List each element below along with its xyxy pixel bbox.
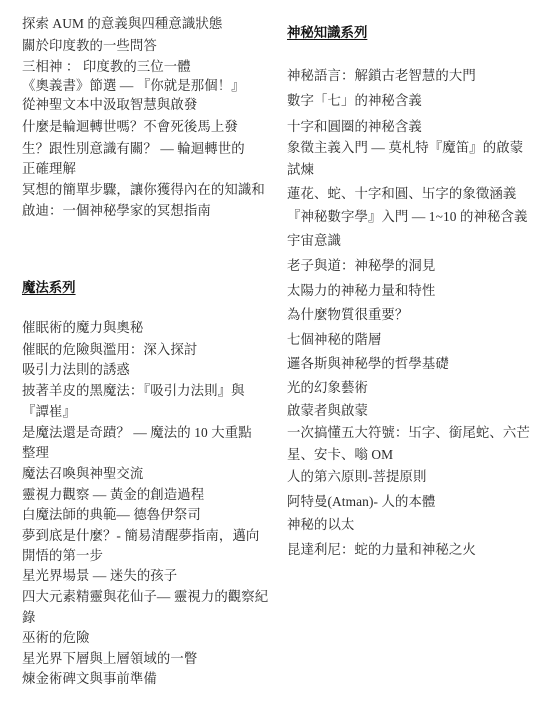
article-link[interactable]: 魔法召喚與神聖交流 [22, 466, 143, 482]
article-link[interactable]: 正確理解 [22, 161, 76, 177]
article-link[interactable]: 是魔法還是奇蹟？ — 魔法的 10 大重點 [22, 425, 252, 441]
article-link[interactable]: 從神聖文本中汲取智慧與啟發 [22, 97, 197, 113]
section-title-mystic-knowledge: 神秘知識系列 [287, 25, 367, 41]
article-link[interactable]: 生？跟性別意識有關？ — 輪迴轉世的 [22, 141, 245, 157]
article-link[interactable]: 神秘的以太 [287, 517, 354, 533]
article-link[interactable]: 吸引力法則的誘惑 [22, 362, 130, 378]
article-link[interactable]: 煉金術碑文與事前準備 [22, 671, 157, 687]
article-link[interactable]: 巫術的危險 [22, 630, 89, 646]
article-link[interactable]: 神秘語言：解鎖古老智慧的大門 [287, 68, 476, 84]
article-link[interactable]: 開悟的第一步 [22, 548, 103, 564]
article-link[interactable]: 邏各斯與神秘學的哲學基礎 [287, 356, 449, 372]
article-link[interactable]: 催眠的危險與濫用：深入探討 [22, 342, 197, 358]
article-link[interactable]: 蓮花、蛇、十字和圓、卐字的象徵涵義 [287, 186, 516, 202]
article-link[interactable]: 披著羊皮的黑魔法：『吸引力法則』與 [22, 383, 245, 399]
article-link[interactable]: 整理 [22, 445, 49, 461]
article-link[interactable]: 啟迪：一個神秘學家的冥想指南 [22, 203, 211, 219]
article-link[interactable]: 昆達利尼：蛇的力量和神秘之火 [287, 542, 476, 558]
article-link[interactable]: 靈視力觀察 — 黃金的創造過程 [22, 487, 204, 503]
article-link[interactable]: 光的幻象藝術 [287, 380, 368, 396]
article-link[interactable]: 冥想的簡單步驟，讓你獲得內在的知識和 [22, 182, 265, 198]
article-link[interactable]: 《奧義書》節選 — 『你就是那個！』 [22, 78, 245, 94]
article-link[interactable]: 老子與道：神秘學的洞見 [287, 258, 435, 274]
article-link[interactable]: 星光界下層與上層領域的一瞥 [22, 651, 197, 667]
article-link[interactable]: 試煉 [287, 162, 314, 178]
article-link[interactable]: 星、安卡、嗡 OM [287, 447, 393, 463]
article-link[interactable]: 四大元素精靈與花仙子— 靈視力的觀察紀 [22, 589, 268, 605]
article-link[interactable]: 象徵主義入門 — 莫札特『魔笛』的啟蒙 [287, 140, 523, 156]
article-link[interactable]: 太陽力的神秘力量和特性 [287, 283, 435, 299]
article-link[interactable]: 夢到底是什麼？- 簡易清醒夢指南，邁向 [22, 528, 259, 544]
article-link[interactable]: 人的第六原則-菩提原則 [287, 469, 426, 485]
article-link[interactable]: 『譚崔』 [22, 404, 76, 420]
article-link[interactable]: 七個神秘的階層 [287, 332, 381, 348]
article-link[interactable]: 一次搞懂五大符號：卐字、銜尾蛇、六芒 [287, 425, 530, 441]
section-title-magic: 魔法系列 [22, 280, 76, 296]
article-link[interactable]: 阿特曼(Atman)- 人的本體 [287, 494, 436, 510]
article-link[interactable]: 星光界場景 — 迷失的孩子 [22, 568, 177, 584]
article-link[interactable]: 啟蒙者與啟蒙 [287, 403, 368, 419]
article-link[interactable]: 十字和圓圈的神秘含義 [287, 119, 422, 135]
article-link[interactable]: 宇宙意識 [287, 233, 341, 249]
article-link[interactable]: 關於印度教的一些問答 [22, 38, 157, 54]
article-link[interactable]: 數字「七」的神秘含義 [287, 93, 422, 109]
article-link[interactable]: 探索 AUM 的意義與四種意識狀態 [22, 16, 222, 32]
article-link[interactable]: 『神秘數字學』入門 — 1~10 的神秘含義 [287, 209, 527, 225]
article-link[interactable]: 白魔法師的典範— 德魯伊祭司 [22, 507, 201, 523]
article-link[interactable]: 為什麼物質很重要？ [287, 307, 408, 323]
article-link[interactable]: 錄 [22, 610, 36, 626]
article-link[interactable]: 三相神 ： 印度教的三位一體 [22, 59, 191, 75]
article-link[interactable]: 什麼是輪迴轉世嗎？不會死後馬上發 [22, 119, 238, 135]
article-link[interactable]: 催眠術的魔力與奧秘 [22, 320, 143, 336]
